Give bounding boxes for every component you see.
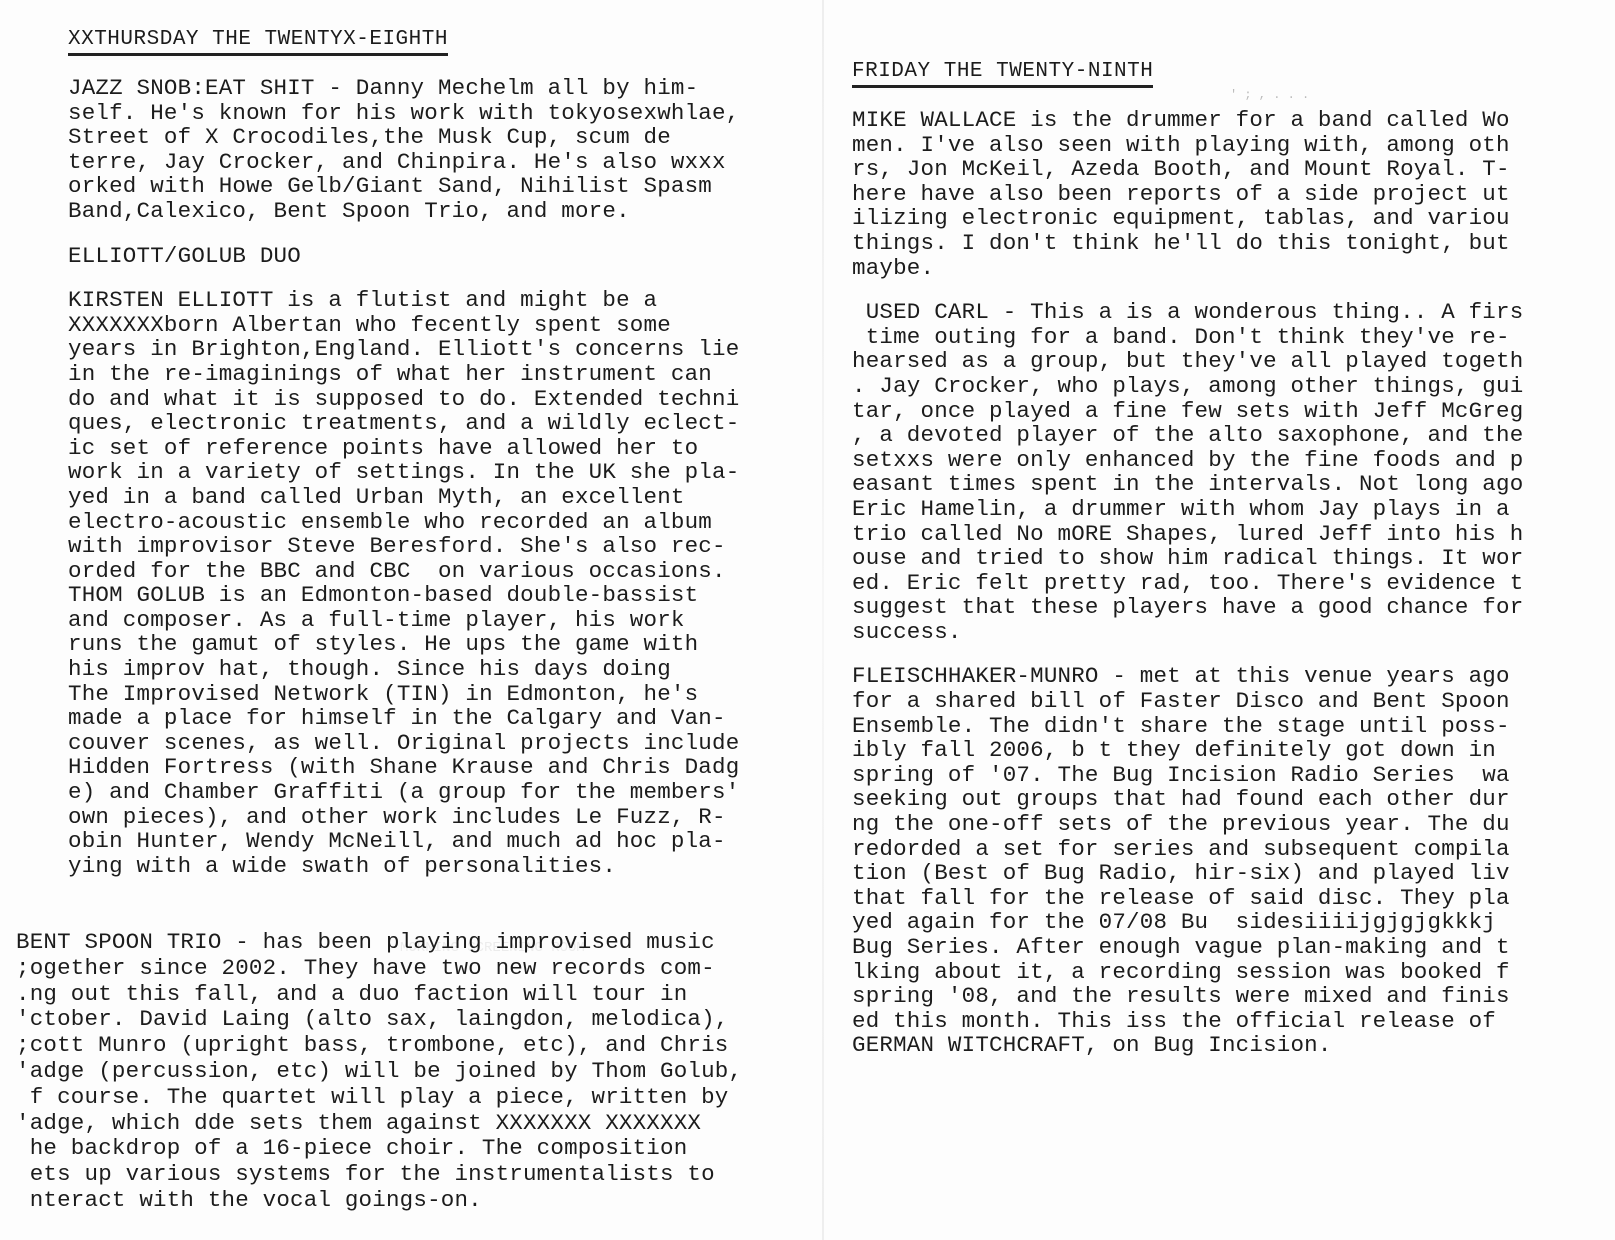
text-line: ed this month. This iss the official rel… [852,1009,1615,1034]
text-line: electro-acoustic ensemble who recorded a… [68,510,828,535]
text-line: Street of X Crocodiles,the Musk Cup, scu… [68,125,828,150]
text-line: men. I've also seen with playing with, a… [852,133,1615,158]
text-line: in the re-imaginings of what her instrum… [68,362,828,387]
text-line: Band,Calexico, Bent Spoon Trio, and more… [68,199,828,224]
text-line: 'ctober. David Laing (alto sax, laingdon… [16,1007,816,1033]
text-line: hearsed as a group, but they've all play… [852,349,1615,374]
elliott-golub-title: ELLIOTT/GOLUB DUO [68,244,828,269]
text-line: Hidden Fortress (with Shane Krause and C… [68,755,828,780]
text-line: ques, electronic treatments, and a wildl… [68,411,828,436]
text-line: suggest that these players have a good c… [852,595,1615,620]
text-line: ELLIOTT/GOLUB DUO [68,244,828,269]
text-line: maybe. [852,256,1615,281]
text-line: own pieces), and other work includes Le … [68,805,828,830]
text-line: runs the gamut of styles. He ups the gam… [68,632,828,657]
thursday-heading: XXTHURSDAY THE TWENTYX-EIGHTH [68,28,448,56]
thursday-column: XXTHURSDAY THE TWENTYX-EIGHTH JAZZ SNOB:… [68,28,828,898]
text-line: self. He's known for his work with tokyo… [68,101,828,126]
text-line: easant times spent in the intervals. Not… [852,472,1615,497]
text-line: his improv hat, though. Since his days d… [68,657,828,682]
friday-column: FRIDAY THE TWENTY-NINTH MIKE WALLACE is … [852,60,1615,1078]
text-line: e) and Chamber Graffiti (a group for the… [68,780,828,805]
text-line: ng the one-off sets of the previous year… [852,812,1615,837]
bent-spoon-trio-entry: BENT SPOON TRIO - has been playing impro… [16,930,816,1214]
mike-wallace-entry: MIKE WALLACE is the drummer for a band c… [852,108,1615,280]
text-line: ilizing electronic equipment, tablas, an… [852,206,1615,231]
text-line: ibly fall 2006, b t they definitely got … [852,738,1615,763]
text-line: KIRSTEN ELLIOTT is a flutist and might b… [68,288,828,313]
text-line: orked with Howe Gelb/Giant Sand, Nihilis… [68,174,828,199]
text-line: with improvisor Steve Beresford. She's a… [68,534,828,559]
text-line: Eric Hamelin, a drummer with whom Jay pl… [852,497,1615,522]
text-line: The Improvised Network (TIN) in Edmonton… [68,682,828,707]
text-line: tion (Best of Bug Radio, hir-six) and pl… [852,861,1615,886]
text-line: here have also been reports of a side pr… [852,182,1615,207]
text-line: ets up various systems for the instrumen… [16,1162,816,1188]
text-line: MIKE WALLACE is the drummer for a band c… [852,108,1615,133]
text-line: ed. Eric felt pretty rad, too. There's e… [852,571,1615,596]
text-line: couver scenes, as well. Original project… [68,731,828,756]
text-line: XXXXXXXborn Albertan who fecently spent … [68,313,828,338]
text-line: nteract with the vocal goings-on. [16,1188,816,1214]
text-line: tar, once played a fine few sets with Je… [852,399,1615,424]
text-line: BENT SPOON TRIO - has been playing impro… [16,930,816,956]
text-line: years in Brighton,England. Elliott's con… [68,337,828,362]
text-line: spring of '07. The Bug Incision Radio Se… [852,763,1615,788]
text-line: USED CARL - This a is a wonderous thing.… [852,300,1615,325]
text-line: .ng out this fall, and a duo faction wil… [16,982,816,1008]
text-line: Ensemble. The didn't share the stage unt… [852,714,1615,739]
friday-heading: FRIDAY THE TWENTY-NINTH [852,60,1153,88]
text-line: redorded a set for series and subsequent… [852,837,1615,862]
text-line: orded for the BBC and CBC on various occ… [68,559,828,584]
used-carl-entry: USED CARL - This a is a wonderous thing.… [852,300,1615,644]
text-line: trio called No mORE Shapes, lured Jeff i… [852,522,1615,547]
text-line: yed again for the 07/08 Bu sidesiiiijgjg… [852,910,1615,935]
elliott-golub-entry: KIRSTEN ELLIOTT is a flutist and might b… [68,288,828,878]
jazz-snob-entry: JAZZ SNOB:EAT SHIT - Danny Mechelm all b… [68,76,828,224]
text-line: ying with a wide swath of personalities. [68,854,828,879]
text-line: f course. The quartet will play a piece,… [16,1085,816,1111]
text-line: rs, Jon McKeil, Azeda Booth, and Mount R… [852,157,1615,182]
text-line: ouse and tried to show him radical thing… [852,546,1615,571]
text-line: JAZZ SNOB:EAT SHIT - Danny Mechelm all b… [68,76,828,101]
text-line: ic set of reference points have allowed … [68,436,828,461]
text-line: ;ogether since 2002. They have two new r… [16,956,816,982]
text-line: 'adge, which dde sets them against XXXXX… [16,1111,816,1137]
text-line: yed in a band called Urban Myth, an exce… [68,485,828,510]
text-line: lking about it, a recording session was … [852,960,1615,985]
text-line: and composer. As a full-time player, his… [68,608,828,633]
text-line: for a shared bill of Faster Disco and Be… [852,689,1615,714]
text-line: obin Hunter, Wendy McNeill, and much ad … [68,829,828,854]
text-line: do and what it is supposed to do. Extend… [68,387,828,412]
text-line: THOM GOLUB is an Edmonton-based double-b… [68,583,828,608]
text-line: time outing for a band. Don't think they… [852,325,1615,350]
text-line: things. I don't think he'll do this toni… [852,231,1615,256]
text-line: made a place for himself in the Calgary … [68,706,828,731]
fleischhaker-munro-entry: FLEISCHHAKER-MUNRO - met at this venue y… [852,664,1615,1058]
text-line: terre, Jay Crocker, and Chinpira. He's a… [68,150,828,175]
text-line: FLEISCHHAKER-MUNRO - met at this venue y… [852,664,1615,689]
text-line: work in a variety of settings. In the UK… [68,460,828,485]
text-line: that fall for the release of said disc. … [852,886,1615,911]
text-line: GERMAN WITCHCRAFT, on Bug Incision. [852,1033,1615,1058]
text-line: spring '08, and the results were mixed a… [852,984,1615,1009]
text-line: 'adge (percussion, etc) will be joined b… [16,1059,816,1085]
text-line: setxxs were only enhanced by the fine fo… [852,448,1615,473]
text-line: . Jay Crocker, who plays, among other th… [852,374,1615,399]
text-line: success. [852,620,1615,645]
text-line: Bug Series. After enough vague plan-maki… [852,935,1615,960]
text-line: seeking out groups that had found each o… [852,787,1615,812]
text-line: ;cott Munro (upright bass, trombone, etc… [16,1033,816,1059]
text-line: , a devoted player of the alto saxophone… [852,423,1615,448]
text-line: he backdrop of a 16-piece choir. The com… [16,1136,816,1162]
